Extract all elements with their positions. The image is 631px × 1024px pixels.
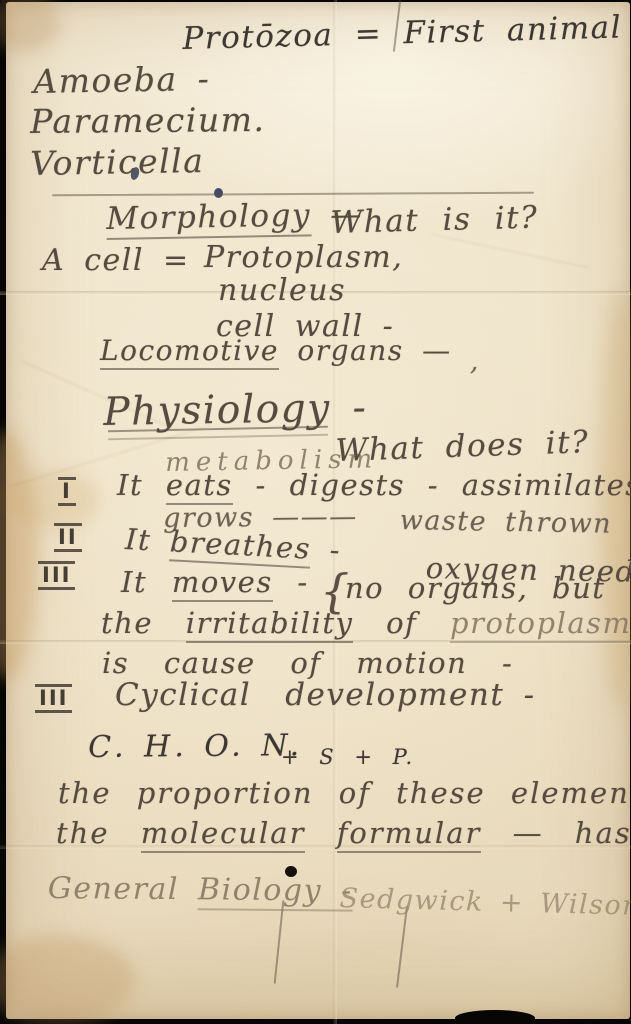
item3-line3: is cause of motion - (102, 648, 513, 680)
organism-paramecium: Paramecium. (30, 102, 266, 140)
item2-rest: - (310, 532, 342, 568)
item3-line2-mid: of (353, 606, 450, 640)
cell-protoplasm: Protoplasm, (204, 241, 403, 274)
item3-line: It moves - (121, 567, 309, 599)
item4-word2: development - (285, 677, 535, 713)
item1-line: It eats - digests - assimilates (117, 470, 631, 502)
item2-pre: It (124, 522, 171, 558)
chemistry-formula: the molecular formular — has (56, 818, 631, 850)
formula-word2: formular (337, 816, 482, 853)
item3-note: no organs, but (345, 573, 605, 605)
organism-vorticella: Vorticella (30, 143, 205, 182)
chemistry-proportion: the proportion of these elements - (58, 778, 631, 810)
cell-nucleus: nucleus (218, 274, 346, 307)
item3-pre: It (121, 565, 172, 599)
morphology-word: Morphology (106, 197, 311, 240)
formula-pre: the (56, 816, 141, 850)
stray-comma: , (470, 348, 480, 377)
roman-numeral-4: III (35, 684, 72, 713)
item2-numeral: II (54, 523, 82, 552)
stain-mid-left (10, 470, 100, 530)
item4-word1: Cyclical (115, 677, 251, 713)
photo-background: Protōzoa = First animal - Amoeba - Param… (0, 0, 631, 1024)
locomotive-rest: organs — (279, 334, 452, 367)
item1-rest: - digests - assimilates (233, 468, 631, 502)
chemistry-addition: + S + P. (281, 746, 415, 769)
item1-verb: eats (166, 468, 233, 505)
paper-edge-notch (455, 1010, 535, 1024)
morphology-question: What is it? (330, 201, 539, 241)
item1-pre: It (117, 468, 166, 502)
formula-word1: molecular (141, 816, 306, 853)
item2-verb: breathes (169, 524, 312, 568)
item3-verb: moves (172, 565, 273, 602)
book-title: Biology - (198, 872, 353, 911)
book-pre: General (48, 871, 198, 907)
item1-numeral: I (58, 477, 76, 506)
roman-numeral-3: III (38, 561, 75, 590)
roman-numeral-1: I (58, 477, 76, 506)
item4-numeral: III (35, 684, 72, 713)
organism-amoeba: Amoeba - (33, 61, 211, 100)
item3-line2-end: protoplasm (450, 606, 631, 643)
locomotive-word: Locomotive (100, 334, 279, 370)
roman-numeral-2: II (54, 523, 82, 552)
item1b-right: waste thrown off (399, 506, 631, 540)
item4-line: Cyclicaldevelopment - (115, 678, 536, 712)
cell-definition: A cell = (42, 244, 190, 277)
locomotive-organs: Locomotive organs — (100, 336, 452, 367)
item3-line2: the irritability of protoplasm (101, 608, 631, 640)
item3-line2-pre: the (101, 606, 186, 640)
stain-bottom-left (0, 935, 135, 1024)
item3-line2-word: irritability (186, 606, 354, 643)
formula-sep (305, 816, 336, 850)
formula-rest: — has (481, 816, 631, 850)
reference-book: General Biology - (48, 872, 353, 908)
morphology-heading: Morphology — (106, 198, 363, 237)
chemistry-elements: C. H. O. N. (88, 729, 303, 764)
item3-numeral: III (38, 561, 75, 590)
item3-rest: - (273, 565, 309, 599)
